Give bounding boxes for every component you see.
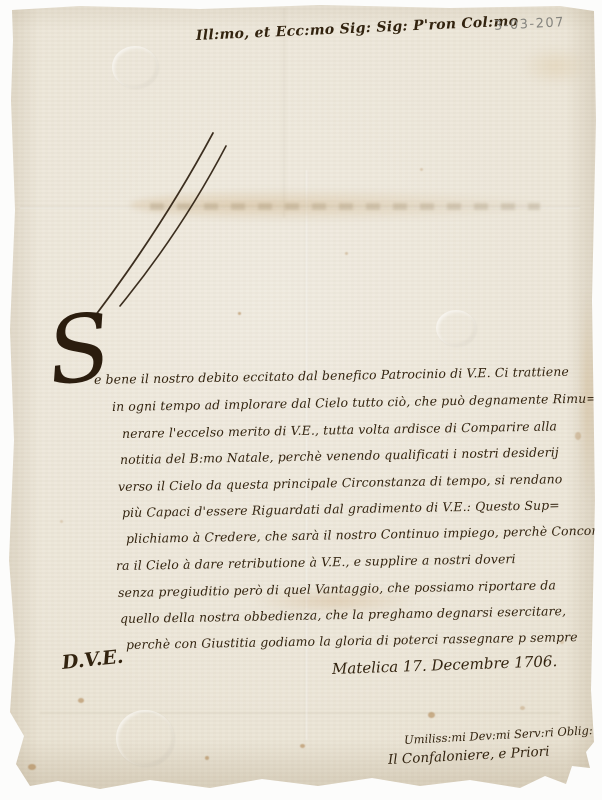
letter-paper-sheet: Ill:mo, et Ecc:mo Sig: Sig: P'ron Col:mo… — [0, 0, 602, 800]
scanned-letter-photo: Ill:mo, et Ecc:mo Sig: Sig: P'ron Col:mo… — [0, 0, 602, 800]
